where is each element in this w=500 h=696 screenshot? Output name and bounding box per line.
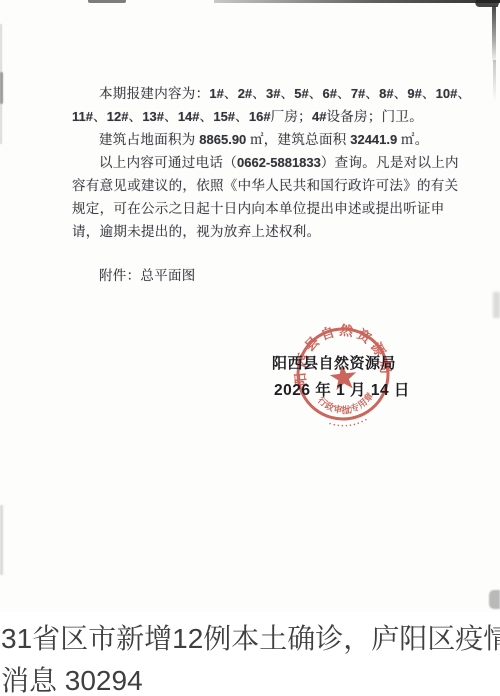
caption-line-1: 31省区市新增12例本土确诊，庐阳区疫情最 [1, 618, 500, 660]
document-line: 请，逾期未提出的，视为放弃上述权利。 [72, 220, 471, 243]
screenshot-root: 本期报建内容为：1#、2#、3#、5#、6#、7#、8#、9#、10#、11#、… [0, 0, 500, 696]
document-line: 本期报建内容为：1#、2#、3#、5#、6#、7#、8#、9#、10#、 [72, 82, 471, 105]
document-line: 附件：总平面图 [72, 264, 471, 287]
seal-number-label: （2） [336, 405, 358, 417]
document-body: 本期报建内容为：1#、2#、3#、5#、6#、7#、8#、9#、10#、11#、… [72, 82, 471, 287]
caption-bar: 31省区市新增12例本土确诊，庐阳区疫情最 消息 30294 [0, 612, 500, 696]
document-line: 规定，可在公示之日起十日内向本单位提出申述或提出听证申 [72, 197, 471, 220]
document-line: 以上内容可通过电话（0662-5881833）查询。凡是对以上内 [72, 151, 471, 174]
issue-date: 2026 年 1 月 14 日 [274, 378, 410, 400]
document-line: 容有意见或建议的，依照《中华人民共和国行政许可法》的有关 [72, 174, 471, 197]
document-line: 11#、12#、13#、14#、15#、16#厂房；4#设备房；门卫。 [72, 105, 471, 128]
issuer-name: 阳西县自然资源局 [272, 352, 396, 373]
document-line: 建筑占地面积为 8865.90 ㎡，建筑总面积 32441.9 ㎡。 [72, 128, 471, 151]
official-seal-stamp: 阳西县自然资源局 行政审批专用章 （2） [275, 306, 411, 442]
caption-line-2: 消息 30294 [1, 660, 500, 696]
